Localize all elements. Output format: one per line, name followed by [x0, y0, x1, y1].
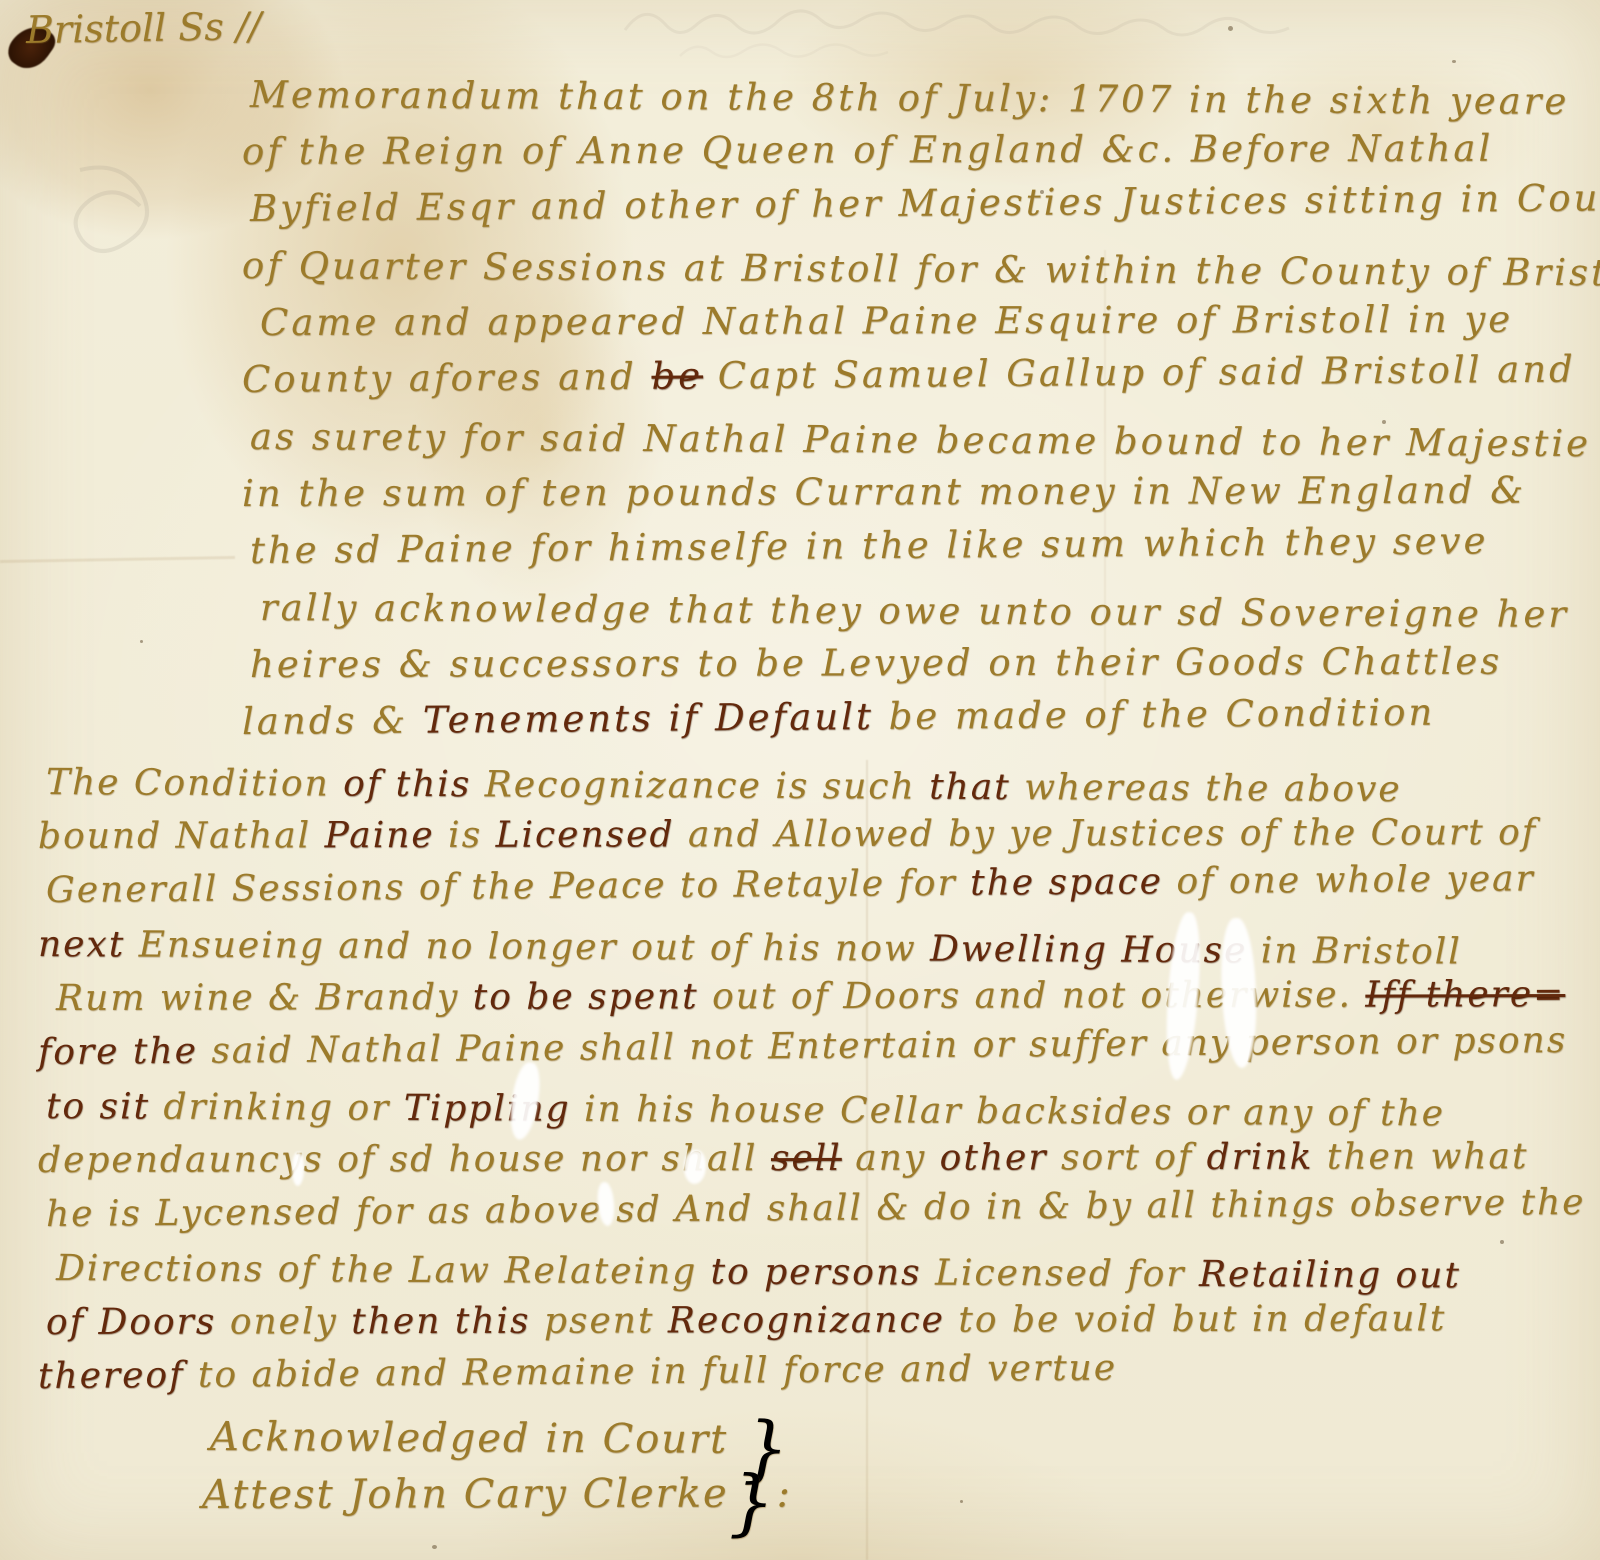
- text-segment: drink: [1207, 1137, 1314, 1178]
- text-segment: Tippling: [404, 1088, 571, 1130]
- text-segment: County afores and: [242, 355, 652, 401]
- pencil-showthrough: [60, 150, 220, 290]
- manuscript-line: County afores and be Capt Samuel Gallup …: [242, 340, 1600, 408]
- text-segment: any: [842, 1138, 940, 1179]
- manuscript-line: fore the said Nathal Paine shall not Ent…: [38, 1014, 1586, 1080]
- text-segment: Licensed: [496, 814, 675, 855]
- text-segment: heires & successors to be Levyed on thei…: [250, 640, 1502, 686]
- text-segment: said Nathal Paine shall not Entertain or…: [198, 1020, 1568, 1072]
- manuscript-line: the sd Paine for himselfe in the like su…: [250, 511, 1600, 579]
- text-segment: to persons: [711, 1251, 922, 1293]
- text-segment: Dwelling House: [930, 929, 1247, 972]
- text-segment: to be void but in default: [945, 1298, 1447, 1340]
- paper-speck: [960, 1500, 963, 1503]
- paragraph-condition: The Condition of this Recognizance is su…: [46, 756, 1586, 1404]
- closing-attestation: Acknowledged in Court }Attest John Cary …: [210, 1408, 792, 1524]
- text-segment: of Doors: [46, 1302, 216, 1343]
- ink-showthrough: [620, 0, 1380, 70]
- text-segment: Byfield Esqr and other of her Majesties …: [250, 176, 1600, 230]
- text-segment: be: [651, 354, 703, 397]
- text-segment: Attest John Cary Clerke: [202, 1471, 729, 1518]
- text-segment: in the sum of ten pounds Currant money i…: [242, 469, 1526, 515]
- manuscript-line: he is Lycensed for as above sd And shall…: [46, 1176, 1586, 1242]
- paper-speck: [1500, 1240, 1504, 1244]
- manuscript-line: lands & Tenements if Default be made of …: [242, 682, 1600, 750]
- text-segment: to abide and Remaine in full force and v…: [184, 1348, 1117, 1396]
- text-segment: Acknowledged in Court: [210, 1414, 743, 1463]
- text-segment: of this: [343, 764, 471, 806]
- text-segment: Recognizance is such: [471, 764, 929, 807]
- text-segment: lands &: [242, 699, 423, 743]
- text-segment: other: [940, 1137, 1048, 1178]
- text-segment: Recognizance: [668, 1300, 945, 1342]
- text-segment: Capt Samuel Gallup of said Bristoll and: [703, 348, 1576, 398]
- manuscript-line: Byfield Esqr and other of her Majesties …: [250, 169, 1600, 237]
- text-segment: psent: [530, 1300, 667, 1341]
- paper-speck: [140, 640, 143, 643]
- text-segment: the sd Paine for himselfe in the like su…: [250, 519, 1489, 572]
- manuscript-line: thereof to abide and Remaine in full for…: [38, 1338, 1586, 1404]
- text-segment: sort of: [1047, 1137, 1206, 1178]
- text-segment: thereof: [38, 1355, 185, 1397]
- text-segment: The Condition: [46, 762, 343, 805]
- text-segment: dependauncys of sd house nor shall: [38, 1138, 771, 1181]
- text-segment: out of Doors and not otherwise.: [699, 975, 1366, 1018]
- paragraph-memorandum: Memorandum that on the 8th of July: 1707…: [250, 66, 1600, 750]
- text-segment: the space: [970, 861, 1163, 904]
- text-segment: that: [929, 767, 1011, 808]
- text-segment: Retailing out: [1199, 1254, 1461, 1296]
- text-segment: drinking or: [150, 1087, 404, 1129]
- fold-crease: [866, 760, 868, 1560]
- fold-crease: [0, 556, 235, 563]
- text-segment: Paine: [325, 815, 435, 856]
- text-segment: he is Lycensed for as above sd And shall…: [46, 1182, 1586, 1235]
- text-segment: bound Nathal: [38, 815, 325, 857]
- manuscript-page: Bristoll Ss // Memorandum that on the 8t…: [0, 0, 1600, 1560]
- text-segment: then this: [351, 1301, 530, 1342]
- text-segment: of one whole year: [1163, 858, 1535, 902]
- text-segment: Came and appeared Nathal Paine Esquire o…: [260, 298, 1513, 344]
- text-segment: then what: [1313, 1136, 1528, 1178]
- text-segment: Generall Sessions of the Peace to Retayl…: [46, 863, 970, 911]
- text-segment: of Quarter Sessions at Bristoll for & wi…: [242, 244, 1600, 294]
- text-segment: of the Reign of Anne Queen of England &c…: [242, 127, 1493, 173]
- text-segment: }: [729, 1460, 777, 1544]
- text-segment: :: [776, 1470, 792, 1516]
- manuscript-line: Attest John Cary Clerke}:: [202, 1464, 792, 1524]
- manuscript-line: Acknowledged in Court }: [210, 1408, 792, 1469]
- text-segment: next: [38, 924, 125, 965]
- text-segment: sell: [771, 1138, 842, 1179]
- header-annotation: Bristoll Ss //: [26, 4, 262, 52]
- fold-crease: [1104, 250, 1106, 710]
- text-segment: be made of the Condition: [874, 691, 1436, 738]
- text-segment: Ensueing and no longer out of his now: [125, 924, 930, 969]
- paper-speck: [1452, 60, 1456, 63]
- text-segment: Licensed for: [921, 1253, 1199, 1295]
- paper-speck: [1040, 190, 1044, 194]
- text-segment: to be spent: [473, 976, 699, 1018]
- paper-speck: [432, 1545, 437, 1549]
- paper-speck: [1382, 420, 1386, 424]
- text-segment: onely: [216, 1301, 351, 1342]
- text-segment: Tenements if Default: [423, 695, 874, 742]
- text-segment: and Allowed by ye Justices of the Court …: [674, 812, 1537, 855]
- text-segment: fore the: [38, 1031, 198, 1073]
- text-segment: in his house Cellar backsides or any of …: [571, 1089, 1446, 1135]
- text-segment: in Bristoll: [1247, 930, 1462, 972]
- paper-speck: [1228, 26, 1233, 31]
- text-segment: to sit: [46, 1086, 150, 1128]
- text-segment: Iff there=: [1365, 974, 1565, 1016]
- text-segment: whereas the above: [1011, 767, 1402, 810]
- text-segment: as surety for said Nathal Paine became b…: [250, 415, 1591, 465]
- text-segment: Rum wine & Brandy: [56, 977, 473, 1019]
- text-segment: Memorandum that on the 8th of July: 1707…: [250, 73, 1570, 123]
- text-segment: rally acknowledge that they owe unto our…: [260, 586, 1569, 636]
- text-segment: Directions of the Law Relateing: [56, 1248, 711, 1292]
- manuscript-line: Generall Sessions of the Peace to Retayl…: [46, 852, 1586, 918]
- text-segment: is: [435, 815, 496, 856]
